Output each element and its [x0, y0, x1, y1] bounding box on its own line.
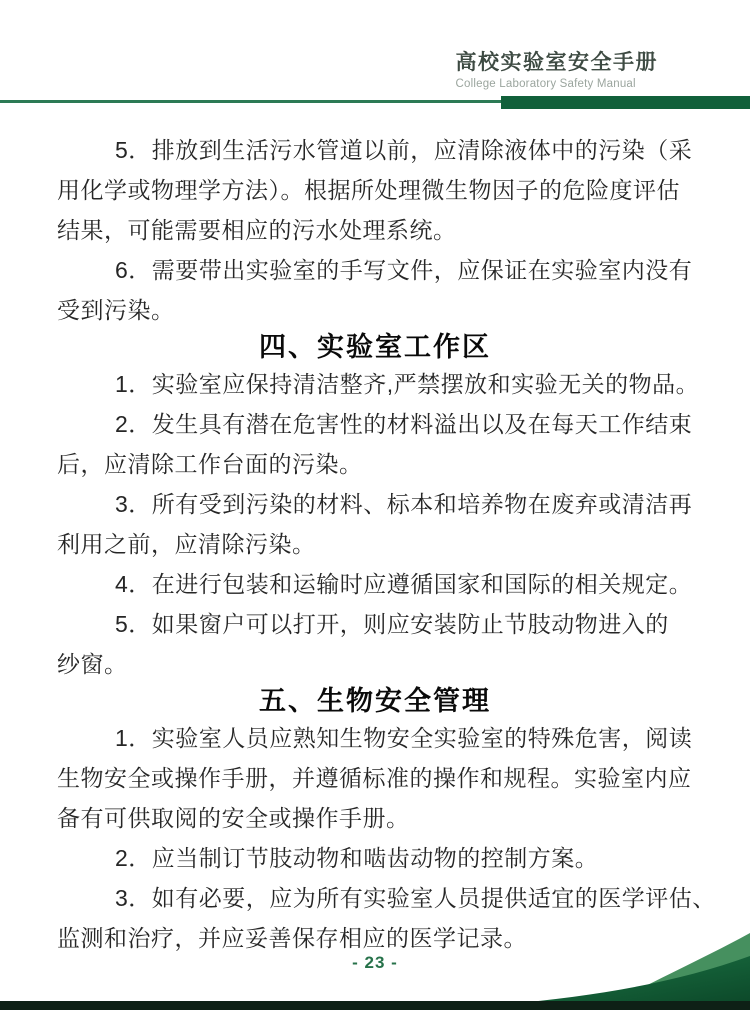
body-text-line: 受到污染。 — [57, 290, 693, 330]
section-heading: 四、实验室工作区 — [57, 330, 693, 364]
body-text-line: 监测和治疗，并应妥善保存相应的医学记录。 — [57, 918, 693, 958]
body-text-line: 3．如有必要，应为所有实验室人员提供适宜的医学评估、 — [57, 878, 693, 918]
body-content: 5．排放到生活污水管道以前，应清除液体中的污染（采用化学或物理学方法）。根据所处… — [57, 130, 693, 958]
section-heading: 五、生物安全管理 — [57, 684, 693, 718]
body-text-line: 5．如果窗户可以打开，则应安装防止节肢动物进入的 — [57, 604, 693, 644]
body-text-line: 1．实验室应保持清洁整齐,严禁摆放和实验无关的物品。 — [57, 364, 693, 404]
manual-subtitle-english: College Laboratory Safety Manual — [456, 78, 659, 90]
body-text-line: 3．所有受到污染的材料、标本和培养物在废弃或清洁再 — [57, 484, 693, 524]
body-text-line: 2．应当制订节肢动物和啮齿动物的控制方案。 — [57, 838, 693, 878]
page-header: 高校实验室安全手册 College Laboratory Safety Manu… — [456, 51, 659, 90]
header-rule-thick — [501, 96, 750, 109]
body-text-line: 1．实验室人员应熟知生物安全实验室的特殊危害，阅读 — [57, 718, 693, 758]
body-text-line: 纱窗。 — [57, 644, 693, 684]
bottom-dark-band — [0, 1001, 750, 1010]
manual-page: 高校实验室安全手册 College Laboratory Safety Manu… — [0, 0, 750, 1010]
body-text-line: 4．在进行包装和运输时应遵循国家和国际的相关规定。 — [57, 564, 693, 604]
body-text-line: 生物安全或操作手册，并遵循标准的操作和规程。实验室内应 — [57, 758, 693, 798]
body-text-line: 5．排放到生活污水管道以前，应清除液体中的污染（采 — [57, 130, 693, 170]
body-text-line: 用化学或物理学方法）。根据所处理微生物因子的危险度评估 — [57, 170, 693, 210]
page-number: - 23 - — [0, 953, 750, 973]
body-text-line: 备有可供取阅的安全或操作手册。 — [57, 798, 693, 838]
body-text-line: 后，应清除工作台面的污染。 — [57, 444, 693, 484]
body-text-line: 2．发生具有潜在危害性的材料溢出以及在每天工作结束 — [57, 404, 693, 444]
body-text-line: 利用之前，应清除污染。 — [57, 524, 693, 564]
body-text-line: 结果，可能需要相应的污水处理系统。 — [57, 210, 693, 250]
manual-title: 高校实验室安全手册 — [456, 51, 659, 75]
body-text-line: 6．需要带出实验室的手写文件，应保证在实验室内没有 — [57, 250, 693, 290]
